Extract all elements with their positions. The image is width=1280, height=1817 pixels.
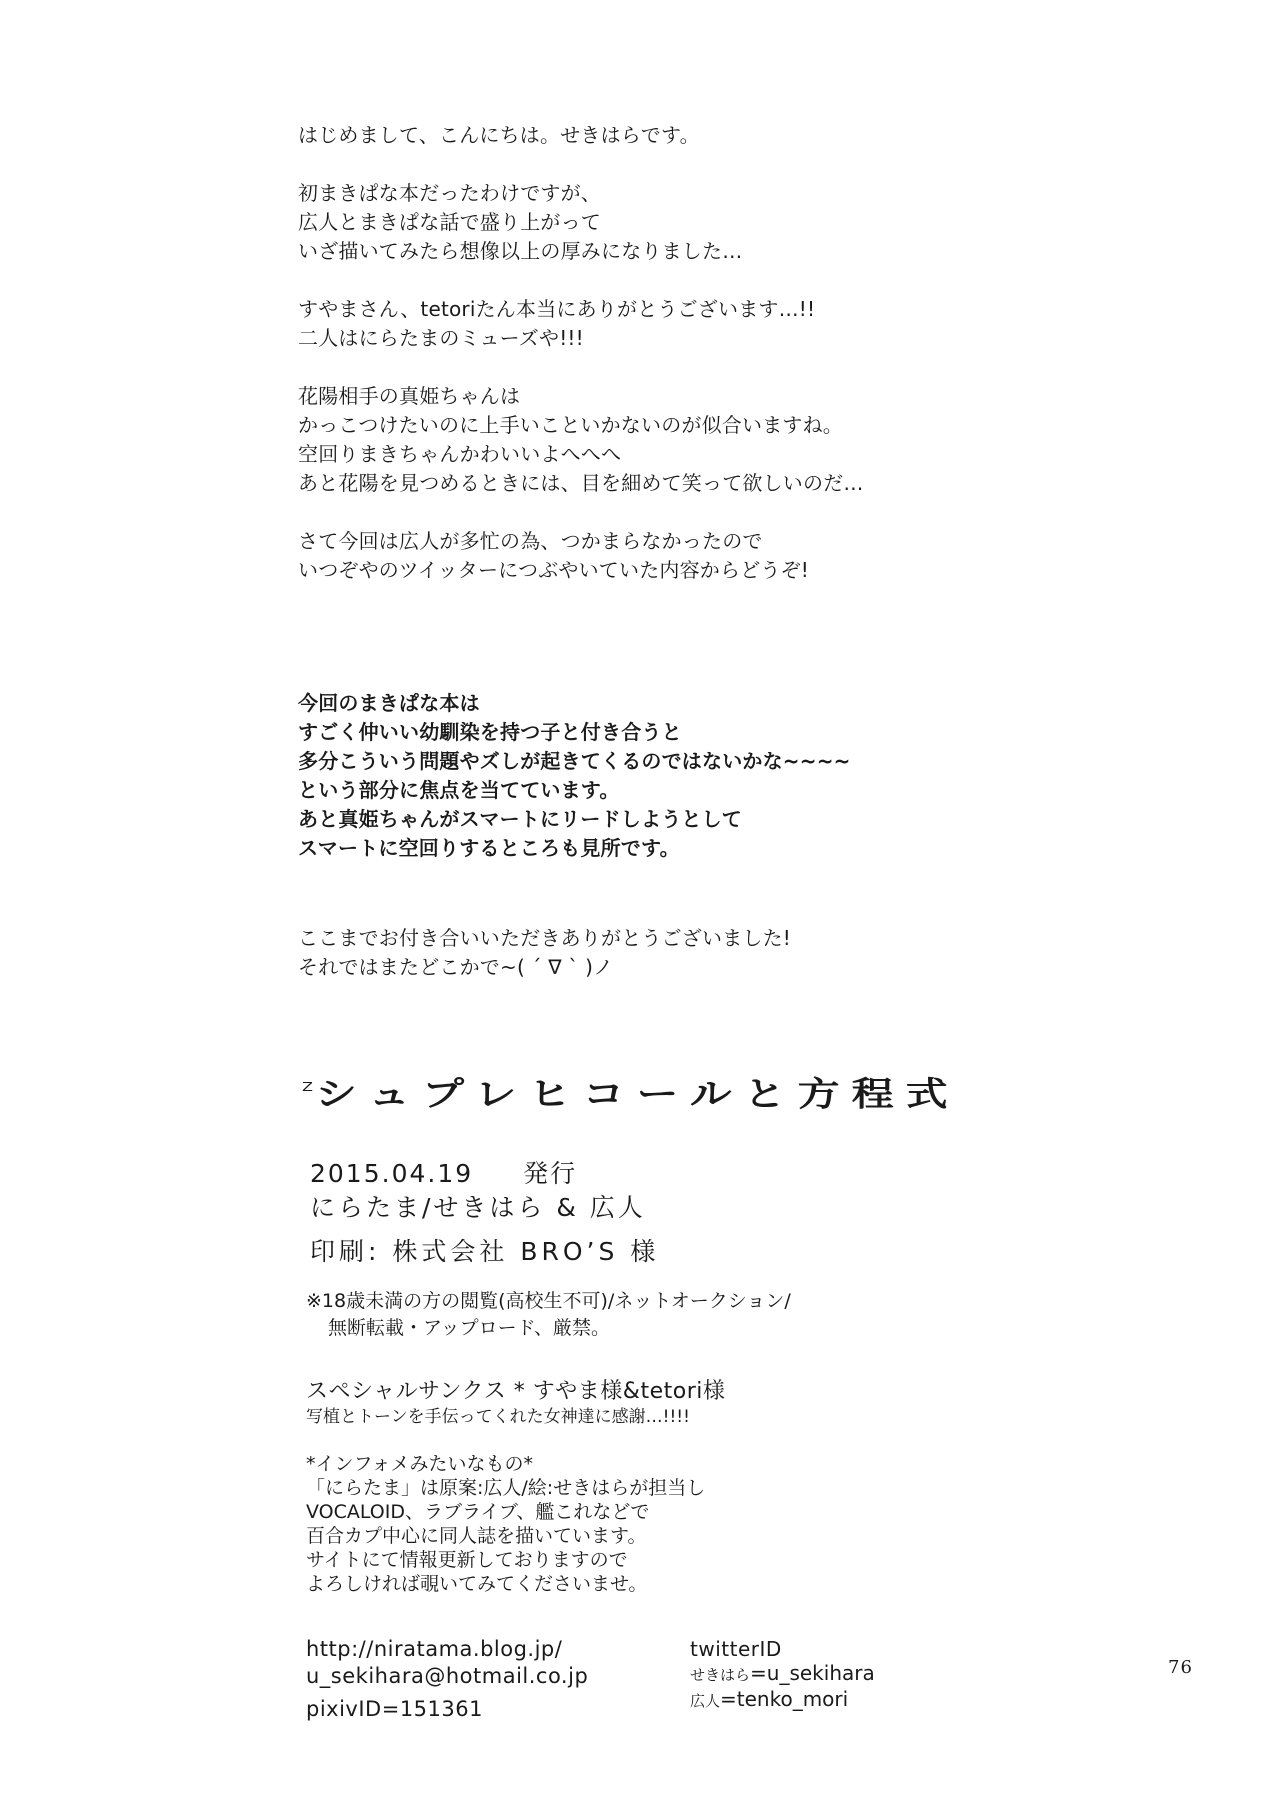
info-heading: *インフォメみたいなもの* [306,1452,705,1476]
closing-line: それではまたどこかで~( ´ ∇ ` )ノ [298,953,791,982]
afterword-paragraph: 花陽相手の真姫ちゃんは かっこつけたいのに上手いこといかないのが似合いますね。 … [298,382,864,498]
quote-line: あと真姫ちゃんがスマートにリードしようとして [298,805,851,834]
special-thanks: スペシャルサンクス * すやま様&tetori様 写植とトーンを手伝ってくれた女… [306,1378,725,1428]
thanks-note: 写植とトーンを手伝ってくれた女神達に感謝…!!!! [306,1406,725,1428]
notice-line: ※18歳未満の方の閲覧(高校生不可)/ネットオークション/ [306,1288,791,1315]
info-line: サイトにて情報更新しておりますので [306,1548,705,1572]
text-line: 花陽相手の真姫ちゃんは [298,382,864,411]
text-line: さて今回は広人が多忙の為、つかまらなかったので [298,527,864,556]
website-url: http://niratama.blog.jp/ [306,1636,588,1663]
circle-credit: にらたま/せきはら & 広人 [310,1191,659,1225]
info-line: 百合カプ中心に同人誌を描いています。 [306,1524,705,1548]
age-restriction-notice: ※18歳未満の方の閲覧(高校生不可)/ネットオークション/ 無断転載・アップロー… [306,1288,791,1342]
pixiv-id: pixivID=151361 [306,1696,588,1723]
afterword-text: はじめまして、こんにちは。せきはらです。 初まきぱな本だったわけですが、 広人と… [298,121,864,614]
afterword-paragraph: さて今回は広人が多忙の為、つかまらなかったので いつぞやのツイッターにつぶやいて… [298,527,864,585]
quote-line: 多分こういう問題やズしが起きてくるのではないかな~~~~ [298,747,851,776]
quote-line: すごく仲いい幼馴染を持つ子と付き合うと [298,718,851,747]
issued-label: 発行 [523,1159,577,1188]
twitter-account: 広人=tenko_mori [690,1687,875,1713]
text-line: 初まきぱな本だったわけですが、 [298,179,864,208]
quote-line: という部分に焦点を当てています。 [298,776,851,805]
greeting-line: はじめまして、こんにちは。せきはらです。 [298,121,864,150]
twitter-account: せきはら=u_sekihara [690,1661,875,1687]
text-line: 空回りまきちゃんかわいいよへへへ [298,440,864,469]
printer-credit: 印刷: 株式会社 BRO’S 様 [310,1235,659,1269]
contact-links: http://niratama.blog.jp/ u_sekihara@hotm… [306,1636,588,1723]
info-line: VOCALOID、ラブライブ、艦これなどで [306,1500,705,1524]
title-text: シュプレヒコールと方程式 [315,1074,960,1113]
circle-info: *インフォメみたいなもの* 「にらたま」は原案:広人/絵:せきはらが担当し VO… [306,1452,705,1596]
notice-line: 無断転載・アップロード、厳禁。 [306,1315,791,1342]
page-number: 76 [1168,1657,1193,1678]
afterword-paragraph: 初まきぱな本だったわけですが、 広人とまきぱな話で盛り上がって いざ描いてみたら… [298,179,864,266]
quote-line: 今回のまきぱな本は [298,689,851,718]
issue-date: 2015.04.19 [310,1159,473,1188]
closing-line: ここまでお付き合いいただきありがとうございました! [298,924,791,953]
account-name: 広人 [690,1692,720,1710]
title-prefix: Z [302,1079,315,1094]
text-line: 二人はにらたまのミューズや!!! [298,324,864,353]
text-line: すやまさん、tetoriたん本当にありがとうございます…!! [298,295,864,324]
twitter-ids: twitterID せきはら=u_sekihara 広人=tenko_mori [690,1637,875,1713]
colophon: 2015.04.19発行 にらたま/せきはら & 広人 印刷: 株式会社 BRO… [310,1157,659,1269]
book-title: Zシュプレヒコールと方程式 [302,1068,960,1116]
info-line: よろしければ覗いてみてくださいませ。 [306,1572,705,1596]
account-name: せきはら [690,1666,750,1684]
closing-text: ここまでお付き合いいただきありがとうございました! それではまたどこかで~( ´… [298,924,791,982]
text-line: いつぞやのツイッターにつぶやいていた内容からどうぞ! [298,556,864,585]
info-line: 「にらたま」は原案:広人/絵:せきはらが担当し [306,1476,705,1500]
afterword-paragraph: はじめまして、こんにちは。せきはらです。 [298,121,864,150]
quote-line: スマートに空回りするところも見所です。 [298,834,851,863]
text-line: いざ描いてみたら想像以上の厚みになりました… [298,237,864,266]
twitter-heading: twitterID [690,1637,875,1661]
doujinshi-afterword-page: はじめまして、こんにちは。せきはらです。 初まきぱな本だったわけですが、 広人と… [0,0,1280,1817]
email-address: u_sekihara@hotmail.co.jp [306,1663,588,1690]
tweet-quote-block: 今回のまきぱな本は すごく仲いい幼馴染を持つ子と付き合うと 多分こういう問題やズ… [298,689,851,863]
text-line: かっこつけたいのに上手いこといかないのが似合いますね。 [298,411,864,440]
afterword-paragraph: すやまさん、tetoriたん本当にありがとうございます…!! 二人はにらたまのミ… [298,295,864,353]
issue-date-line: 2015.04.19発行 [310,1157,659,1191]
text-line: 広人とまきぱな話で盛り上がって [298,208,864,237]
special-thanks-heading: スペシャルサンクス * すやま様&tetori様 [306,1378,725,1406]
account-id: =u_sekihara [750,1661,875,1685]
text-line: あと花陽を見つめるときには、目を細めて笑って欲しいのだ… [298,469,864,498]
account-id: =tenko_mori [720,1687,848,1711]
